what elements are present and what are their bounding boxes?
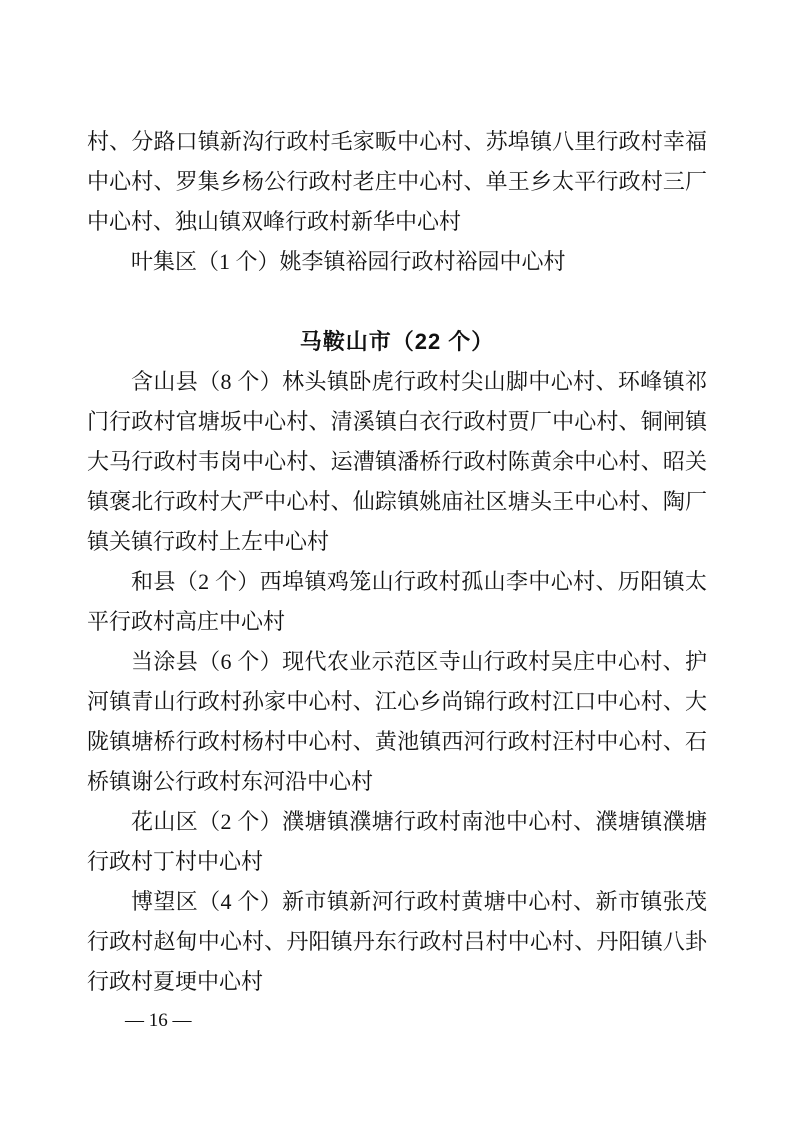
paragraph-continuation-villages: 村、分路口镇新沟行政村毛家畈中心村、苏埠镇八里行政村幸福中心村、罗集乡杨公行政村… <box>87 122 707 242</box>
page-number-footer: — 16 — <box>125 1008 192 1034</box>
document-page: 村、分路口镇新沟行政村毛家畈中心村、苏埠镇八里行政村幸福中心村、罗集乡杨公行政村… <box>0 0 794 1122</box>
paragraph-yejiqu: 叶集区（1 个）姚李镇裕园行政村裕园中心村 <box>87 242 707 282</box>
paragraph-bowang-district: 博望区（4 个）新市镇新河行政村黄塘中心村、新市镇张茂行政村赵甸中心村、丹阳镇丹… <box>87 882 707 1002</box>
paragraph-huashan-district: 花山区（2 个）濮塘镇濮塘行政村南池中心村、濮塘镇濮塘行政村丁村中心村 <box>87 802 707 882</box>
paragraph-he-county: 和县（2 个）西埠镇鸡笼山行政村孤山李中心村、历阳镇太平行政村高庄中心村 <box>87 562 707 642</box>
document-body: 村、分路口镇新沟行政村毛家畈中心村、苏埠镇八里行政村幸福中心村、罗集乡杨公行政村… <box>87 122 707 1002</box>
section-heading-maanshan: 马鞍山市（22 个） <box>87 322 707 362</box>
paragraph-dangtu-county: 当涂县（6 个）现代农业示范区寺山行政村吴庄中心村、护河镇青山行政村孙家中心村、… <box>87 642 707 802</box>
paragraph-hanshan-county: 含山县（8 个）林头镇卧虎行政村尖山脚中心村、环峰镇祁门行政村官塘坂中心村、清溪… <box>87 362 707 562</box>
